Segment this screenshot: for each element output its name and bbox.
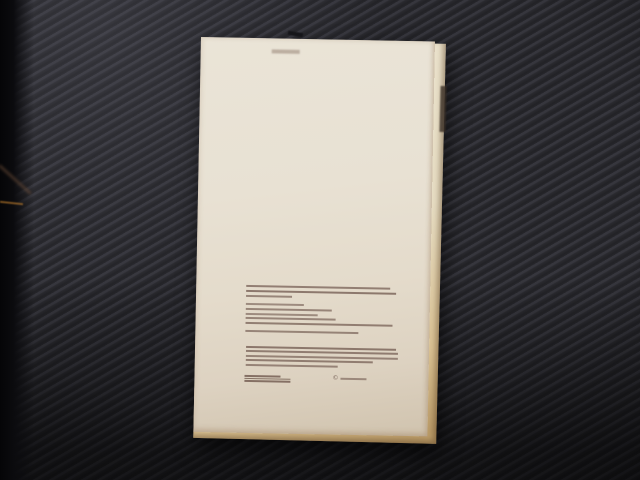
copyright-line: © bbox=[332, 376, 366, 383]
surface-left-shadow bbox=[0, 0, 34, 480]
colophon-text-line-edition-annotation bbox=[246, 289, 396, 294]
copyright-symbol: © bbox=[332, 376, 338, 382]
copyright-illegible-text bbox=[340, 378, 366, 380]
colophon-text-line-editors-list bbox=[246, 308, 332, 312]
colophon-text-line-edition-annotation bbox=[246, 294, 292, 297]
colophon-text-line-editors-list bbox=[246, 312, 318, 315]
colophon-text-line-index-fraction bbox=[244, 379, 290, 382]
colophon-text-line-print-data bbox=[246, 363, 338, 367]
colophon-text-line-editors-list bbox=[246, 303, 304, 306]
colophon-text-line-print-data bbox=[246, 359, 373, 363]
top-code-stamp bbox=[272, 49, 300, 54]
colophon-text-line-editors-list bbox=[246, 322, 393, 327]
colophon-text-line-editors-list bbox=[246, 317, 336, 321]
colophon-page: © bbox=[193, 37, 435, 436]
photo-of-book: © bbox=[0, 0, 640, 480]
fore-edge-stamp bbox=[439, 86, 446, 132]
colophon-text-line-technical-editors bbox=[245, 330, 358, 334]
